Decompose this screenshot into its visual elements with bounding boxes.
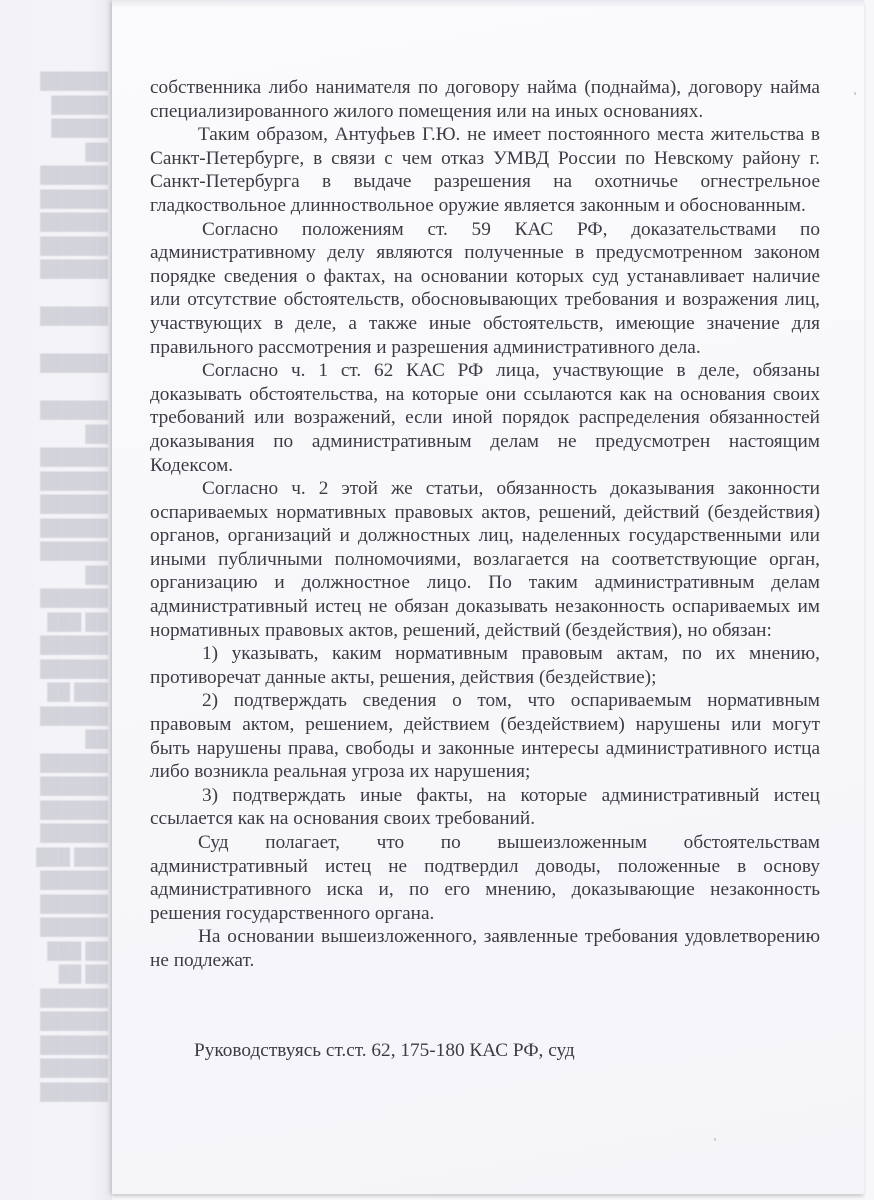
paragraph-continuation: собственника либо нанимателя по договору… [150, 76, 820, 123]
list-item-3: 3) подтверждать иные факты, на которые а… [150, 784, 820, 831]
scan-speck [854, 92, 856, 95]
closing-line: Руководствуясь ст.ст. 62, 175-180 КАС РФ… [194, 1040, 575, 1062]
scanned-page: ██████████████████ █████████████████████… [0, 0, 874, 1200]
paragraph-art59: Согласно положениям ст. 59 КАС РФ, доказ… [150, 218, 820, 360]
page-top-shadow [112, 0, 864, 8]
document-body: собственника либо нанимателя по договору… [150, 76, 820, 973]
adjacent-page-strip: ██████████████████ █████████████████████… [0, 0, 112, 1200]
document-page: собственника либо нанимателя по договору… [112, 0, 864, 1194]
paragraph-art62-part1: Согласно ч. 1 ст. 62 КАС РФ лица, участв… [150, 359, 820, 477]
list-item-2: 2) подтверждать сведения о том, что оспа… [150, 689, 820, 783]
paragraph-conclusion-residence: Таким образом, Антуфьев Г.Ю. не имеет по… [150, 123, 820, 217]
paragraph-decision: На основании вышеизложенного, заявленные… [150, 925, 820, 972]
list-item-1: 1) указывать, каким нормативным правовым… [150, 642, 820, 689]
scan-speck [714, 1138, 716, 1141]
paragraph-court-opinion: Суд полагает, что по вышеизложенным обст… [150, 831, 820, 925]
bleed-through-text: ██████████████████ █████████████████████… [8, 70, 108, 1104]
paragraph-art62-part2: Согласно ч. 2 этой же статьи, обязанност… [150, 477, 820, 642]
